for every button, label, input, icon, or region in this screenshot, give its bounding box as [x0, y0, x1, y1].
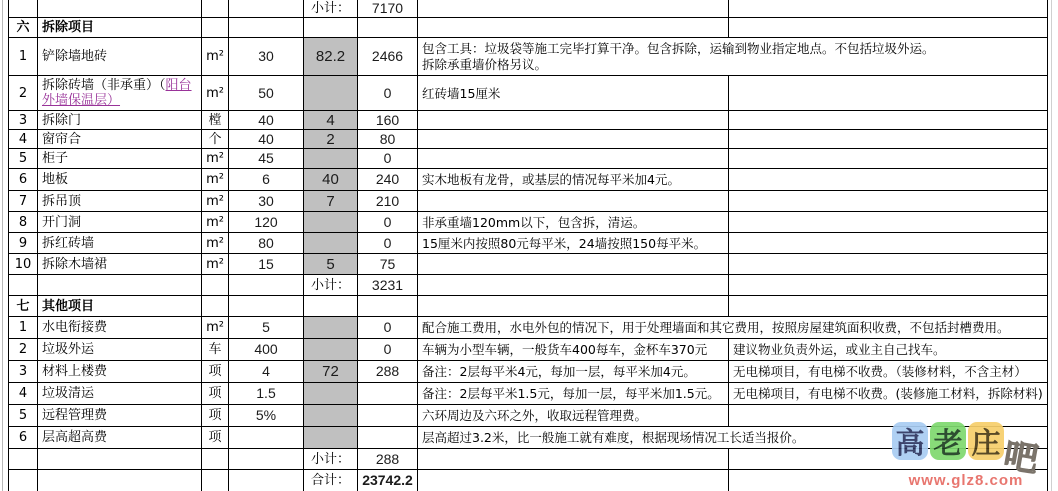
- table-row: 2 垃圾外运 车 400 0 车辆为小型车辆，一般货车400每车，金杯车370元…: [9, 339, 1048, 361]
- row-no-cell: 2: [9, 76, 38, 111]
- table-row: 1 铲除墙地砖 m² 30 82.2 2466 包含工具：垃圾袋等施工完毕打算干…: [9, 38, 1048, 76]
- item-name-cell: 垃圾清运: [38, 383, 202, 405]
- row-no-cell: 5: [9, 405, 38, 427]
- unit-price-cell: 6: [229, 169, 304, 191]
- empty-cell: [202, 0, 229, 18]
- amount-cell: 210: [358, 191, 418, 212]
- empty-cell: [418, 296, 729, 317]
- empty-cell: [9, 275, 38, 296]
- remark-extra-cell: [729, 212, 1048, 233]
- empty-cell: [358, 296, 418, 317]
- item-name-cell: 远程管理费: [38, 405, 202, 427]
- empty-cell: [418, 470, 729, 491]
- unit-cell: 项: [202, 427, 229, 449]
- empty-cell: [38, 275, 202, 296]
- remark-extra-cell: [729, 233, 1048, 254]
- empty-cell: [229, 296, 304, 317]
- row-no-cell: 6: [9, 169, 38, 191]
- remark-cell: 备注：2层每平米4元，每加一层，每平米加4元。: [418, 361, 729, 383]
- table-row: 9 拆红砖墙 m² 80 0 15厘米内按照80元每平米，24墙按照150每平米…: [9, 233, 1048, 254]
- remark-extra-cell: [729, 76, 1048, 111]
- row-no-cell: 5: [9, 149, 38, 169]
- amount-cell: 0: [358, 76, 418, 111]
- item-name-cell: 窗帘合: [38, 130, 202, 149]
- unit-cell: m²: [202, 76, 229, 111]
- item-name-cell: 柜子: [38, 149, 202, 169]
- table-row: 4 垃圾清运 项 1.5 备注：2层每平米1.5元，每加一层，每平米加1.5元。…: [9, 383, 1048, 405]
- total-value: 23742.2: [358, 470, 418, 491]
- remark-cell: 实木地板有龙骨，或基层的情况每平米加4元。: [418, 169, 729, 191]
- unit-price-cell: 30: [229, 38, 304, 76]
- empty-cell: [202, 449, 229, 470]
- remark-cell: [418, 191, 729, 212]
- spreadsheet-column-edge-right: [1051, 0, 1052, 491]
- quantity-cell: 82.2: [304, 38, 358, 76]
- unit-cell: 车: [202, 339, 229, 361]
- logo-tile-gao: 高: [892, 422, 928, 460]
- quantity-cell: 4: [304, 111, 358, 130]
- empty-cell: [418, 18, 729, 38]
- remark-cell: [418, 149, 729, 169]
- remark-cell: [418, 130, 729, 149]
- item-name-cell: 垃圾外运: [38, 339, 202, 361]
- section-header-row: 七 其他项目: [9, 296, 1048, 317]
- subtotal-label: 小计：: [304, 0, 358, 18]
- subtotal-label: 小计：: [304, 275, 358, 296]
- empty-cell: [229, 470, 304, 491]
- amount-cell: [358, 383, 418, 405]
- unit-price-cell: [229, 427, 304, 449]
- empty-cell: [229, 449, 304, 470]
- quantity-cell: [304, 317, 358, 339]
- empty-cell: [38, 0, 202, 18]
- empty-cell: [202, 470, 229, 491]
- remark-cell: 15厘米内按照80元每平米，24墙按照150每平米。: [418, 233, 729, 254]
- item-name-cell: 地板: [38, 169, 202, 191]
- remark-extra-cell: 无电梯项目，有电梯不收费。(装修施工材料，拆除材料): [729, 383, 1048, 405]
- quantity-cell: [304, 212, 358, 233]
- section-number: 六: [9, 18, 38, 38]
- row-no-cell: 8: [9, 212, 38, 233]
- empty-cell: [202, 275, 229, 296]
- item-name-cell: 材料上楼费: [38, 361, 202, 383]
- remark-extra-cell: 建议物业负责外运，或业主自己找车。: [729, 339, 1048, 361]
- row-no-cell: 3: [9, 111, 38, 130]
- unit-cell: m²: [202, 191, 229, 212]
- quantity-cell: [304, 339, 358, 361]
- unit-price-cell: 1.5: [229, 383, 304, 405]
- table-row: 3 材料上楼费 项 4 72 288 备注：2层每平米4元，每加一层，每平米加4…: [9, 361, 1048, 383]
- empty-cell: [229, 18, 304, 38]
- remark-cell: 非承重墙120mm以下，包含拆，清运。: [418, 212, 729, 233]
- amount-cell: 80: [358, 130, 418, 149]
- table-row: 5 柜子 m² 45 0: [9, 149, 1048, 169]
- empty-cell: [9, 449, 38, 470]
- empty-cell: [229, 275, 304, 296]
- table-row: 6 地板 m² 6 40 240 实木地板有龙骨，或基层的情况每平米加4元。: [9, 169, 1048, 191]
- section-header-row: 六 拆除项目: [9, 18, 1048, 38]
- table-row: 3 拆除门 樘 40 4 160: [9, 111, 1048, 130]
- quantity-cell: 40: [304, 169, 358, 191]
- remark-extra-cell: 无电梯项目，有电梯不收费。（装修材料，不含主材）: [729, 361, 1048, 383]
- unit-price-cell: 45: [229, 149, 304, 169]
- empty-cell: [9, 470, 38, 491]
- empty-cell: [202, 18, 229, 38]
- subtotal-label: 小计：: [304, 449, 358, 470]
- table-row: 7 拆吊顶 m² 30 7 210: [9, 191, 1048, 212]
- amount-cell: [358, 427, 418, 449]
- empty-cell: [418, 449, 729, 470]
- amount-cell: 0: [358, 233, 418, 254]
- row-no-cell: 3: [9, 361, 38, 383]
- row-no-cell: 1: [9, 317, 38, 339]
- carried-subtotal-row: 小计： 7170: [9, 0, 1048, 18]
- unit-price-cell: 50: [229, 76, 304, 111]
- unit-cell: m²: [202, 149, 229, 169]
- logo-tile-zhuang: 庄: [968, 422, 1004, 460]
- amount-cell: 2466: [358, 38, 418, 76]
- item-name-cell: 水电衔接费: [38, 317, 202, 339]
- remark-line: 包含工具：垃圾袋等施工完毕打算干净。包含拆除，运输到物业指定地点。不包括垃圾外运…: [422, 41, 1045, 57]
- section-title: 其他项目: [38, 296, 202, 317]
- remark-extra-cell: [729, 254, 1048, 275]
- unit-cell: m²: [202, 233, 229, 254]
- unit-price-cell: 40: [229, 130, 304, 149]
- quantity-cell: 7: [304, 191, 358, 212]
- row-no-cell: 9: [9, 233, 38, 254]
- quantity-cell: [304, 383, 358, 405]
- subtotal-row: 小计： 3231: [9, 275, 1048, 296]
- unit-cell: 樘: [202, 111, 229, 130]
- item-name-cell: 拆除砖墙（非承重）（阳台外墙保温层）: [38, 76, 202, 111]
- subtotal-value: 3231: [358, 275, 418, 296]
- amount-cell: [358, 405, 418, 427]
- empty-cell: [418, 275, 729, 296]
- row-no-cell: 6: [9, 427, 38, 449]
- quantity-cell: 2: [304, 130, 358, 149]
- item-name-cell: 拆红砖墙: [38, 233, 202, 254]
- unit-price-cell: 80: [229, 233, 304, 254]
- renovation-quote-table: 小计： 7170 六 拆除项目 1 铲除墙地砖 m² 30 82.2 2466 …: [8, 0, 1048, 491]
- table-row: 10 拆除木墙裙 m² 15 5 75: [9, 254, 1048, 275]
- section-number: 七: [9, 296, 38, 317]
- unit-price-cell: 400: [229, 339, 304, 361]
- item-name-cell: 层高超高费: [38, 427, 202, 449]
- item-name-cell: 拆除门: [38, 111, 202, 130]
- table-row: 2 拆除砖墙（非承重）（阳台外墙保温层） m² 50 0 红砖墙15厘米: [9, 76, 1048, 111]
- empty-cell: [729, 18, 1048, 38]
- item-name-cell: 拆吊顶: [38, 191, 202, 212]
- row-no-cell: 4: [9, 383, 38, 405]
- row-no-cell: 2: [9, 339, 38, 361]
- quantity-cell: 72: [304, 361, 358, 383]
- spreadsheet-column-edge-left: [2, 0, 3, 491]
- logo-tile-lao: 老: [930, 422, 966, 460]
- table-row: 8 开门洞 m² 120 0 非承重墙120mm以下，包含拆，清运。: [9, 212, 1048, 233]
- empty-cell: [9, 0, 38, 18]
- amount-cell: 0: [358, 317, 418, 339]
- unit-cell: 项: [202, 383, 229, 405]
- empty-cell: [304, 296, 358, 317]
- unit-cell: m²: [202, 317, 229, 339]
- unit-cell: m²: [202, 38, 229, 76]
- empty-cell: [202, 296, 229, 317]
- remark-extra-cell: [729, 169, 1048, 191]
- remark-cell: [418, 111, 729, 130]
- empty-cell: [304, 18, 358, 38]
- unit-cell: 项: [202, 405, 229, 427]
- row-no-cell: 10: [9, 254, 38, 275]
- empty-cell: [358, 18, 418, 38]
- unit-cell: 项: [202, 361, 229, 383]
- amount-cell: 0: [358, 149, 418, 169]
- quantity-cell: [304, 233, 358, 254]
- empty-cell: [38, 449, 202, 470]
- remark-extra-cell: [729, 149, 1048, 169]
- remark-line: 拆除承重墙价格另议。: [422, 57, 1045, 73]
- section-title: 拆除项目: [38, 18, 202, 38]
- quantity-cell: [304, 149, 358, 169]
- remark-cell: 备注：2层每平米1.5元，每加一层，每平米加1.5元。: [418, 383, 729, 405]
- remark-extra-cell: [729, 191, 1048, 212]
- site-logo: 高 老 庄 吧 www.glz8.com: [892, 422, 1040, 489]
- table-row: 1 水电衔接费 m² 5 0 配合施工费用，水电外包的情况下，用于处理墙面和其它…: [9, 317, 1048, 339]
- remark-extra-cell: [729, 111, 1048, 130]
- unit-price-cell: 4: [229, 361, 304, 383]
- unit-price-cell: 30: [229, 191, 304, 212]
- empty-cell: [229, 0, 304, 18]
- remark-cell: 车辆为小型车辆，一般货车400每车，金杯车370元: [418, 339, 729, 361]
- subtotal-value: 7170: [358, 0, 418, 18]
- amount-cell: 160: [358, 111, 418, 130]
- total-label: 合计：: [304, 470, 358, 491]
- item-name-cell: 拆除木墙裙: [38, 254, 202, 275]
- table-row: 4 窗帘合 个 40 2 80: [9, 130, 1048, 149]
- remark-cell: 六环周边及六环之外，收取远程管理费。: [418, 405, 729, 427]
- remark-cell: [418, 254, 729, 275]
- unit-price-cell: 40: [229, 111, 304, 130]
- remark-extra-cell: [729, 130, 1048, 149]
- item-name-cell: 开门洞: [38, 212, 202, 233]
- item-name-text: 拆除砖墙（非承重）（: [42, 78, 166, 93]
- remark-cell: 红砖墙15厘米: [418, 76, 729, 111]
- remark-cell: 包含工具：垃圾袋等施工完毕打算干净。包含拆除，运输到物业指定地点。不包括垃圾外运…: [418, 38, 1048, 76]
- quantity-cell: [304, 76, 358, 111]
- row-no-cell: 4: [9, 130, 38, 149]
- unit-price-cell: 5%: [229, 405, 304, 427]
- amount-cell: 0: [358, 339, 418, 361]
- quantity-cell: 5: [304, 254, 358, 275]
- subtotal-value: 288: [358, 449, 418, 470]
- empty-cell: [729, 0, 1048, 18]
- amount-cell: 240: [358, 169, 418, 191]
- unit-price-cell: 5: [229, 317, 304, 339]
- unit-cell: m²: [202, 212, 229, 233]
- remark-cell: 配合施工费用，水电外包的情况下，用于处理墙面和其它费用，按照房屋建筑面积收费，不…: [418, 317, 1048, 339]
- unit-cell: m²: [202, 169, 229, 191]
- unit-price-cell: 15: [229, 254, 304, 275]
- item-name-cell: 铲除墙地砖: [38, 38, 202, 76]
- empty-cell: [418, 0, 729, 18]
- empty-cell: [729, 296, 1048, 317]
- empty-cell: [729, 275, 1048, 296]
- row-no-cell: 7: [9, 191, 38, 212]
- quantity-cell: [304, 427, 358, 449]
- row-no-cell: 1: [9, 38, 38, 76]
- quantity-cell: [304, 405, 358, 427]
- amount-cell: 0: [358, 212, 418, 233]
- amount-cell: 75: [358, 254, 418, 275]
- unit-cell: m²: [202, 254, 229, 275]
- amount-cell: 288: [358, 361, 418, 383]
- unit-price-cell: 120: [229, 212, 304, 233]
- unit-cell: 个: [202, 130, 229, 149]
- empty-cell: [38, 470, 202, 491]
